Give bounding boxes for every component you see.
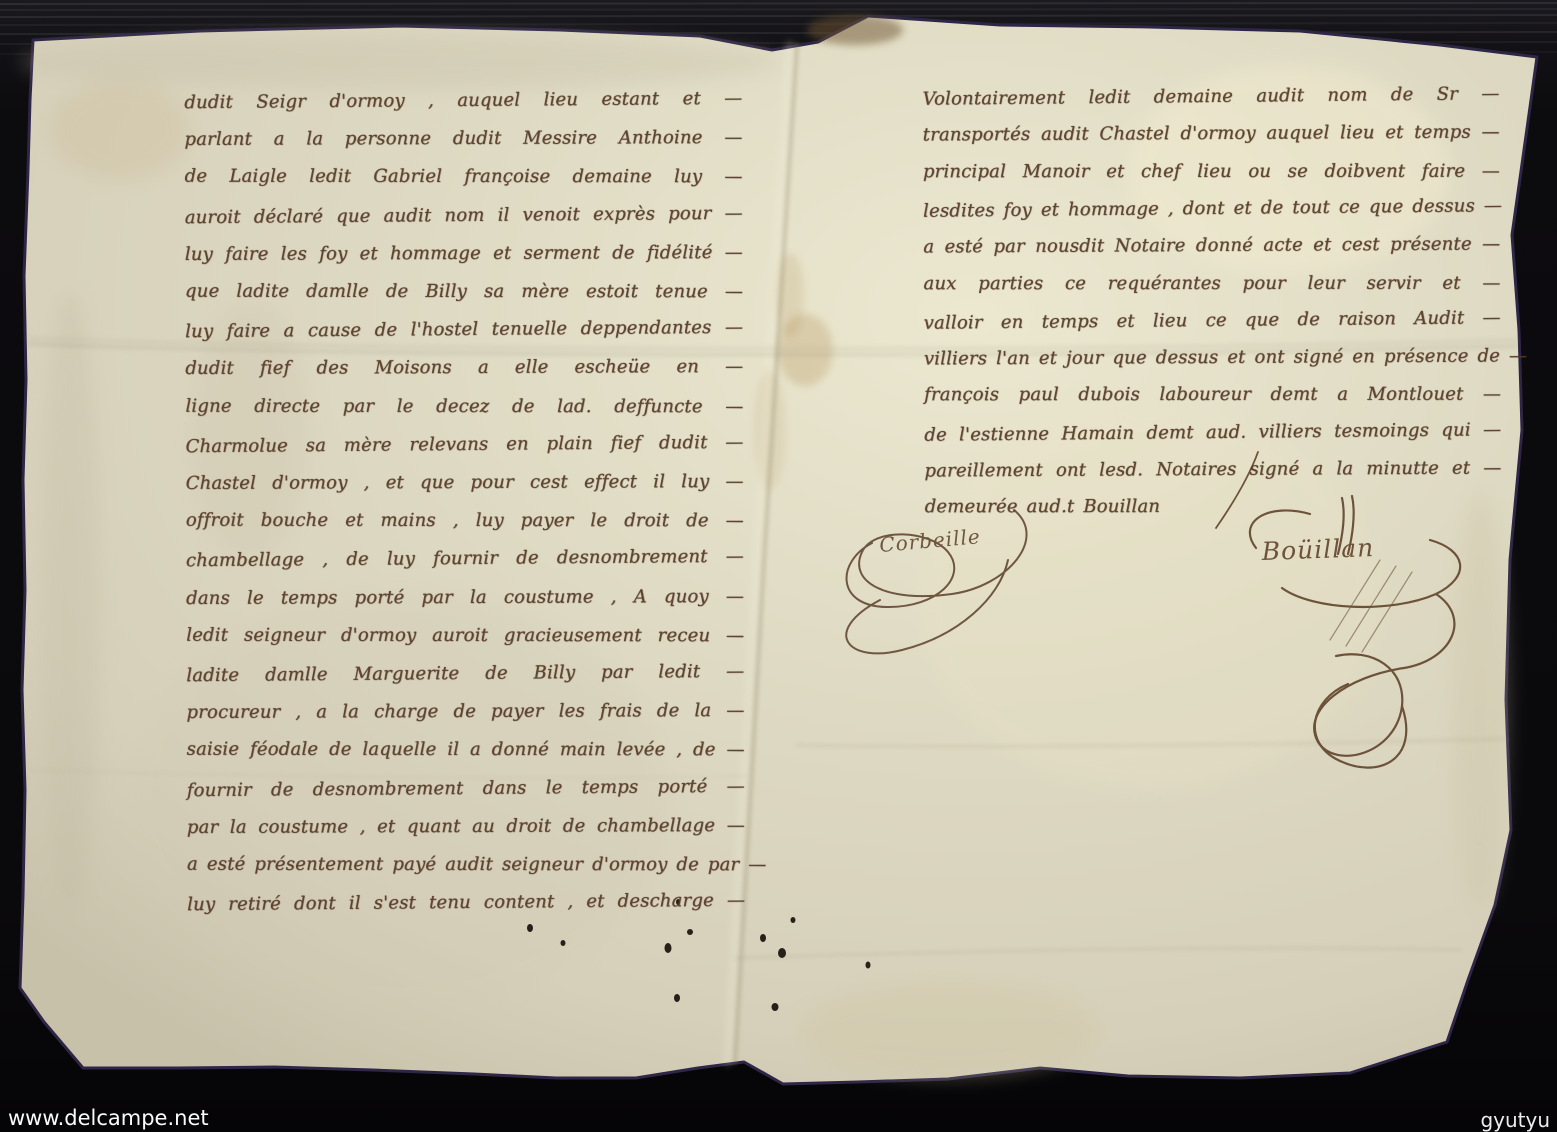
- watermark-delcampe: www.delcampe.net: [8, 1106, 209, 1130]
- manuscript-line: ledit seigneur d'ormoy auroit gracieusem…: [186, 621, 744, 655]
- manuscript-line: saisie féodale de laquelle il a donné ma…: [187, 735, 745, 769]
- manuscript-line: ladite damlle Marguerite de Billy par le…: [186, 657, 744, 695]
- manuscript-line: aux parties ce requérantes pour leur ser…: [924, 268, 1501, 303]
- manuscript-line: chambellage , de luy fournir de desnombr…: [186, 542, 744, 580]
- right-page-text: Volontairement ledit demaine audit nom d…: [922, 0, 1505, 1132]
- manuscript-line: a esté présentement payé audit seigneur …: [187, 850, 745, 884]
- manuscript-line: pareillement ont lesd. Notaires signé a …: [924, 453, 1501, 490]
- manuscript-line: villiers l'an et jour que dessus et ont …: [924, 342, 1501, 379]
- manuscript-line: Charmolue sa mère relevans en plain fief…: [185, 428, 743, 466]
- watermark-gyutyu: gyutyu: [1480, 1108, 1550, 1132]
- manuscript-line: françois paul dubois laboureur demt a Mo…: [924, 380, 1501, 415]
- manuscript-line: de Laigle ledit Gabriel françoise demain…: [185, 162, 743, 196]
- manuscript-photo: Corbeille Boüillan dudit Seigr d'ormoy ,…: [0, 0, 1557, 1132]
- manuscript-line: parlant a la personne dudit Messire Anth…: [184, 123, 742, 159]
- manuscript-line: offroit bouche et mains , luy payer le d…: [186, 506, 744, 540]
- manuscript-line: dudit Seigr d'ormoy , auquel lieu estant…: [184, 84, 742, 122]
- manuscript-line: dudit fief des Moisons a elle escheüe en…: [185, 352, 743, 388]
- manuscript-line: auroit déclaré que audit nom il venoit e…: [185, 198, 743, 236]
- manuscript-line: valloir en temps et lieu ce que de raiso…: [924, 303, 1501, 343]
- manuscript-line: fournir de desnombrement dans le temps p…: [187, 771, 745, 809]
- manuscript-line: ligne directe par le decez de lad. deffu…: [185, 391, 743, 425]
- manuscript-line: de l'estienne Hamain demt aud. villiers …: [924, 415, 1501, 455]
- manuscript-line: luy faire a cause de l'hostel tenuelle d…: [185, 313, 743, 351]
- manuscript-line: Chastel d'ormoy , et que pour cest effec…: [186, 467, 744, 503]
- left-page-text: dudit Seigr d'ormoy , auquel lieu estant…: [184, 0, 746, 1132]
- manuscript-line: lesdites foy et hommage , dont et de tou…: [923, 191, 1500, 231]
- manuscript-line: demeurée aud.t Bouillan: [925, 492, 1502, 527]
- manuscript-line: Volontairement ledit demaine audit nom d…: [922, 79, 1499, 119]
- manuscript-line: que ladite damlle de Billy sa mère estoi…: [185, 277, 743, 311]
- manuscript-line: luy faire les foy et hommage et serment …: [185, 238, 743, 274]
- manuscript-line: procureur , a la charge de payer les fra…: [186, 696, 744, 732]
- manuscript-line: a esté par nousdit Notaire donné acte et…: [923, 230, 1500, 267]
- manuscript-line: transportés audit Chastel d'ormoy auquel…: [923, 118, 1500, 155]
- manuscript-line: par la coustume , et quant au droit de c…: [187, 811, 745, 847]
- manuscript-line: principal Manoir et chef lieu ou se doib…: [923, 156, 1500, 191]
- manuscript-line: luy retiré dont il s'est tenu content , …: [187, 886, 745, 924]
- manuscript-line: dans le temps porté par la coustume , A …: [186, 582, 744, 618]
